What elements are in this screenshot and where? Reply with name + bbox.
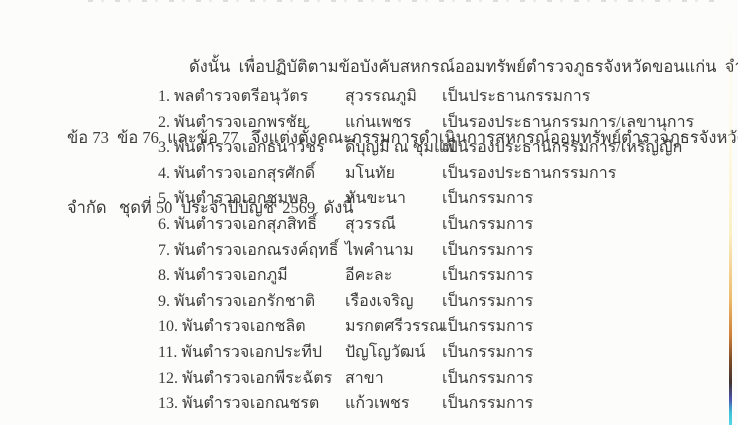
member-role: เป็นประธานกรรมการ: [442, 84, 728, 110]
member-number: 5.: [158, 190, 170, 207]
document-page: ดังนั้น เพื่อปฏิบัติตามข้อบังคับสหกรณ์ออ…: [0, 0, 738, 425]
member-cell: 10. พันตำรวจเอกชลิต: [158, 314, 345, 340]
member-surname: เรืองเจริญ: [345, 289, 442, 315]
member-role: เป็นกรรมการ: [442, 186, 728, 212]
member-number: 1.: [158, 88, 170, 105]
member-number: 2.: [158, 114, 170, 131]
committee-row: 9. พันตำรวจเอกรักชาติ เรืองเจริญ เป็นกรร…: [158, 289, 728, 315]
intro-line-1: ดังนั้น เพื่อปฏิบัติตามข้อบังคับสหกรณ์ออ…: [67, 55, 714, 79]
committee-row: 12. พันตำรวจเอกพีระฉัตร สาขา เป็นกรรมการ: [158, 366, 728, 392]
member-number: 11.: [158, 344, 177, 361]
committee-row: 10. พันตำรวจเอกชลิต มรกตศรีวรรณ เป็นกรรม…: [158, 314, 728, 340]
member-number: 13.: [158, 395, 178, 412]
member-number: 4.: [158, 165, 170, 182]
member-rank-name: พันตำรวจเอกรักชาติ: [174, 293, 315, 310]
member-rank-name: พันตำรวจเอกชุมพล: [174, 190, 308, 207]
committee-row: 7. พันตำรวจเอกณรงค์ฤทธิ์ ไพคำนาม เป็นกรร…: [158, 238, 728, 264]
member-surname: ปัญโญวัฒน์: [345, 340, 442, 366]
member-surname: แก่นเพชร: [345, 110, 442, 136]
committee-row: 11. พันตำรวจเอกประทีป ปัญโญวัฒน์ เป็นกรร…: [158, 340, 728, 366]
committee-row: 5. พันตำรวจเอกชุมพล หันขะนา เป็นกรรมการ: [158, 186, 728, 212]
member-cell: 5. พันตำรวจเอกชุมพล: [158, 186, 345, 212]
committee-row: 6. พันตำรวจเอกสุภสิทธิ์ สุวรรณี เป็นกรรม…: [158, 212, 728, 238]
member-number: 9.: [158, 293, 170, 310]
member-surname: สาขา: [345, 366, 442, 392]
member-surname: สุวรรณภูมิ: [345, 84, 442, 110]
member-number: 12.: [158, 370, 178, 387]
member-role: เป็นกรรมการ: [442, 212, 728, 238]
member-cell: 7. พันตำรวจเอกณรงค์ฤทธิ์: [158, 238, 345, 264]
member-rank-name: พันตำรวจเอกสุรศักดิ์: [174, 165, 315, 182]
member-cell: 12. พันตำรวจเอกพีระฉัตร: [158, 366, 345, 392]
member-surname: ไพคำนาม: [345, 238, 442, 264]
member-surname: อีคะละ: [345, 263, 442, 289]
member-rank-name: พันตำรวจเอกสุภสิทธิ์: [174, 216, 317, 233]
member-rank-name: พันตำรวจเอกธนาวัชร: [174, 139, 325, 156]
member-surname: แก้วเพชร: [345, 391, 442, 417]
member-cell: 9. พันตำรวจเอกรักชาติ: [158, 289, 345, 315]
member-role: เป็นกรรมการ: [442, 391, 728, 417]
member-number: 6.: [158, 216, 170, 233]
member-cell: 6. พันตำรวจเอกสุภสิทธิ์: [158, 212, 345, 238]
member-rank-name: พันตำรวจเอกณรงค์ฤทธิ์: [174, 242, 339, 259]
member-cell: 3. พันตำรวจเอกธนาวัชร: [158, 135, 345, 161]
member-rank-name: พลตำรวจตรีอนุวัตร: [174, 88, 308, 105]
member-rank-name: พันตำรวจเอกประทีป: [181, 344, 322, 361]
member-role: เป็นรองประธานกรรมการ: [442, 161, 728, 187]
member-role: เป็นกรรมการ: [442, 263, 728, 289]
committee-row: 2. พันตำรวจเอกพรชัย แก่นเพชร เป็นรองประธ…: [158, 110, 728, 136]
member-number: 10.: [158, 318, 178, 335]
member-cell: 11. พันตำรวจเอกประทีป: [158, 340, 345, 366]
member-rank-name: พันตำรวจเอกพรชัย: [174, 114, 306, 131]
member-surname: สุวรรณี: [345, 212, 442, 238]
committee-row: 1. พลตำรวจตรีอนุวัตร สุวรรณภูมิ เป็นประธ…: [158, 84, 728, 110]
member-role: เป็นกรรมการ: [442, 340, 728, 366]
member-cell: 8. พันตำรวจเอกภูมี: [158, 263, 345, 289]
scan-edge-fringe: [729, 0, 732, 425]
member-role: เป็นกรรมการ: [442, 366, 728, 392]
member-rank-name: พันตำรวจเอกพีระฉัตร: [182, 370, 332, 387]
member-surname: มรกตศรีวรรณ: [345, 314, 442, 340]
member-surname: หันขะนา: [345, 186, 442, 212]
member-role: เป็นกรรมการ: [442, 314, 728, 340]
member-rank-name: พันตำรวจเอกชลิต: [182, 318, 306, 335]
member-rank-name: พันตำรวจเอกภูมี: [174, 267, 288, 284]
member-surname: ดีบุญมี ณ ชุมแพ: [345, 135, 442, 161]
member-number: 7.: [158, 242, 170, 259]
committee-row: 3. พันตำรวจเอกธนาวัชร ดีบุญมี ณ ชุมแพ เป…: [158, 135, 728, 161]
member-cell: 2. พันตำรวจเอกพรชัย: [158, 110, 345, 136]
member-cell: 1. พลตำรวจตรีอนุวัตร: [158, 84, 345, 110]
member-role: เป็นรองประธานกรรมการ/เลขานุการ: [442, 110, 728, 136]
member-cell: 4. พันตำรวจเอกสุรศักดิ์: [158, 161, 345, 187]
committee-row: 13. พันตำรวจเอกณชรต แก้วเพชร เป็นกรรมการ: [158, 391, 728, 417]
member-role: เป็นรองประธานกรรมการ/เหรัญญิก: [442, 135, 728, 161]
member-role: เป็นกรรมการ: [442, 289, 728, 315]
member-number: 3.: [158, 139, 170, 156]
member-cell: 13. พันตำรวจเอกณชรต: [158, 391, 345, 417]
member-rank-name: พันตำรวจเอกณชรต: [182, 395, 319, 412]
member-surname: มโนทัย: [345, 161, 442, 187]
committee-row: 4. พันตำรวจเอกสุรศักดิ์ มโนทัย เป็นรองปร…: [158, 161, 728, 187]
committee-list: 1. พลตำรวจตรีอนุวัตร สุวรรณภูมิ เป็นประธ…: [158, 84, 728, 417]
member-role: เป็นกรรมการ: [442, 238, 728, 264]
cut-off-text-line-artifact: [88, 0, 718, 2]
committee-row: 8. พันตำรวจเอกภูมี อีคะละ เป็นกรรมการ: [158, 263, 728, 289]
member-number: 8.: [158, 267, 170, 284]
